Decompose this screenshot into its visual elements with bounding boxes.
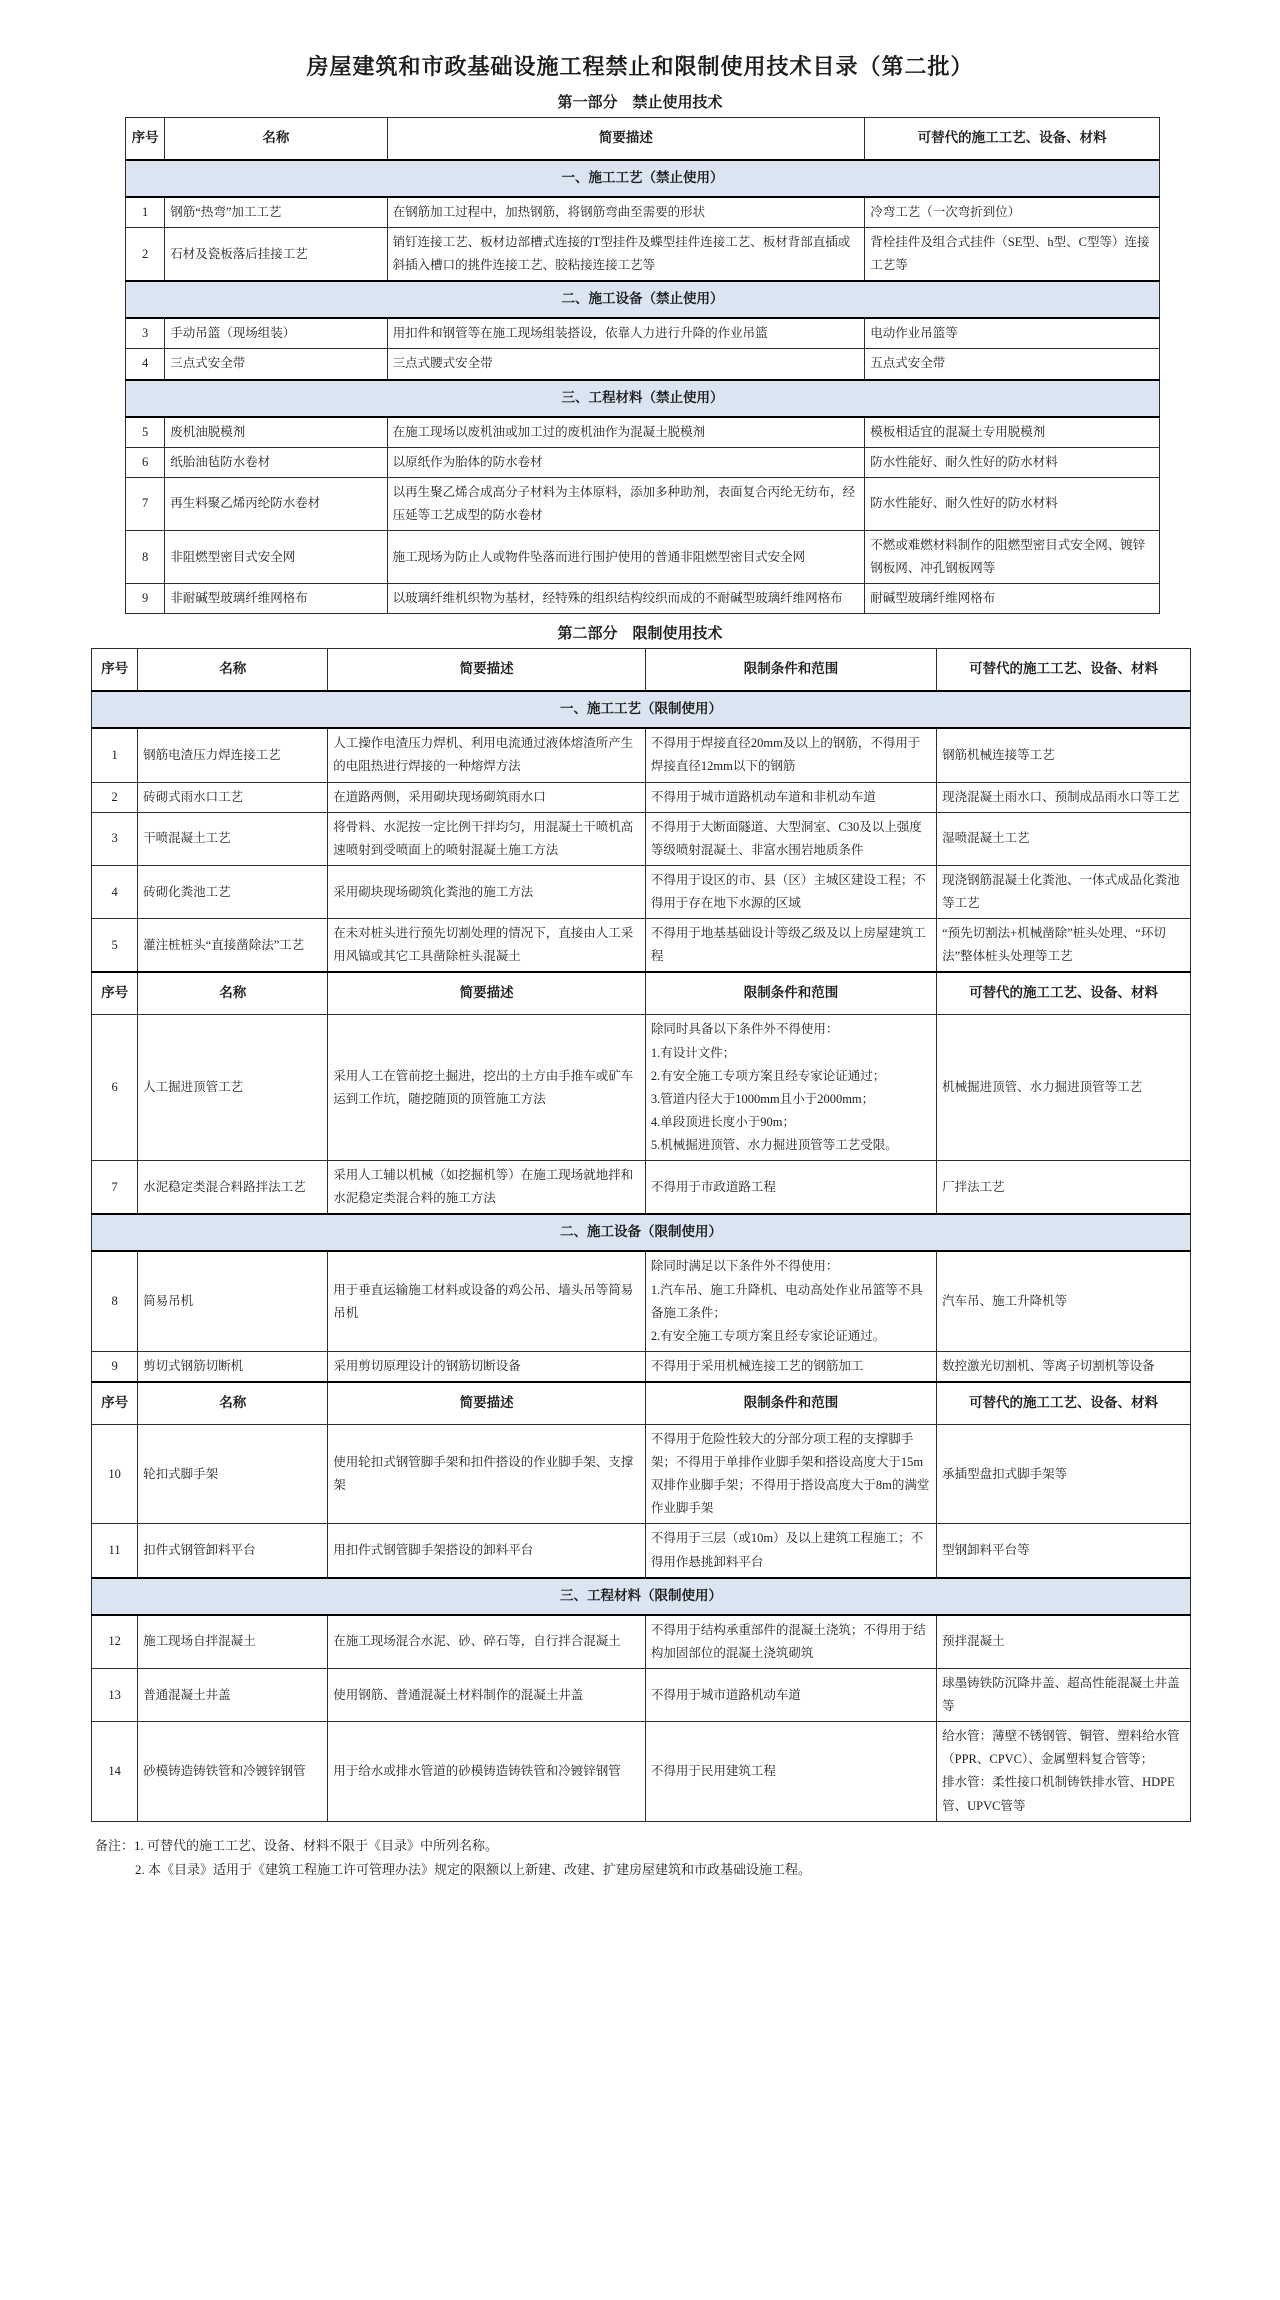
- header-row: 序号名称简要描述可替代的施工工艺、设备、材料: [126, 118, 1160, 160]
- header-cell-no: 序号: [92, 972, 138, 1014]
- section-label: 二、施工设备（限制使用）: [92, 1214, 1191, 1251]
- cell-no: 3: [92, 812, 138, 865]
- header-cell-limit: 限制条件和范围: [645, 649, 936, 691]
- document-page: { "title": "房屋建筑和市政基础设施工程禁止和限制使用技术目录（第二批…: [0, 0, 1280, 2300]
- header-cell-alt: 可替代的施工工艺、设备、材料: [937, 649, 1191, 691]
- cell-no: 5: [92, 919, 138, 973]
- cell-desc: 使用钢筋、普通混凝土材料制作的混凝土井盖: [328, 1668, 646, 1721]
- table-row: 7水泥稳定类混合料路拌法工艺采用人工辅以机械（如挖掘机等）在施工现场就地拌和水泥…: [92, 1161, 1191, 1215]
- header-row: 序号名称简要描述限制条件和范围可替代的施工工艺、设备、材料: [92, 1382, 1191, 1424]
- cell-name: 干喷混凝土工艺: [138, 812, 328, 865]
- table-row: 4砖砌化粪池工艺采用砌块现场砌筑化粪池的施工方法不得用于设区的市、县（区）主城区…: [92, 865, 1191, 918]
- cell-no: 11: [92, 1524, 138, 1578]
- prohibited-table: 序号名称简要描述可替代的施工工艺、设备、材料一、施工工艺（禁止使用）1钢筋“热弯…: [125, 117, 1160, 614]
- table-row: 1钢筋电渣压力焊连接工艺人工操作电渣压力焊机、利用电流通过液体熔渣所产生的电阻热…: [92, 728, 1191, 782]
- cell-desc: 将骨料、水泥按一定比例干拌均匀，用混凝土干喷机高速喷射到受喷面上的喷射混凝土施工…: [328, 812, 646, 865]
- cell-name: 普通混凝土井盖: [138, 1668, 328, 1721]
- cell-name: 剪切式钢筋切断机: [138, 1351, 328, 1382]
- cell-no: 7: [92, 1161, 138, 1215]
- cell-desc: 在道路两侧，采用砌块现场砌筑雨水口: [328, 782, 646, 812]
- cell-desc: 用扣件和钢管等在施工现场组装搭设，依靠人力进行升降的作业吊篮: [387, 318, 865, 349]
- cell-desc: 用于垂直运输施工材料或设备的鸡公吊、墙头吊等简易吊机: [328, 1251, 646, 1351]
- cell-alt: 防水性能好、耐久性好的防水材料: [865, 447, 1160, 477]
- table-row: 6人工掘进顶管工艺采用人工在管前挖土掘进，挖出的土方由手推车或矿车运到工作坑，随…: [92, 1015, 1191, 1161]
- cell-no: 14: [92, 1722, 138, 1822]
- cell-desc: 用于给水或排水管道的砂模铸造铸铁管和冷镀锌钢管: [328, 1722, 646, 1822]
- table-row: 14砂模铸造铸铁管和冷镀锌钢管用于给水或排水管道的砂模铸造铸铁管和冷镀锌钢管不得…: [92, 1722, 1191, 1822]
- cell-no: 8: [126, 531, 165, 584]
- part1-heading: 第一部分 禁止使用技术: [0, 91, 1280, 112]
- cell-alt: 防水性能好、耐久性好的防水材料: [865, 477, 1160, 530]
- cell-name: 非耐碱型玻璃纤维网格布: [165, 584, 387, 614]
- section-label: 一、施工工艺（限制使用）: [92, 691, 1191, 728]
- header-cell-name: 名称: [165, 118, 387, 160]
- cell-limit: 除同时具备以下条件外不得使用： 1.有设计文件； 2.有安全施工专项方案且经专家…: [645, 1015, 936, 1161]
- cell-limit: 不得用于结构承重部件的混凝土浇筑；不得用于结构加固部位的混凝土浇筑砌筑: [645, 1615, 936, 1669]
- table-row: 2石材及瓷板落后挂接工艺销钉连接工艺、板材边部槽式连接的T型挂件及蝶型挂件连接工…: [126, 228, 1160, 282]
- cell-desc: 采用砌块现场砌筑化粪池的施工方法: [328, 865, 646, 918]
- cell-no: 2: [126, 228, 165, 282]
- section-row: 一、施工工艺（禁止使用）: [126, 160, 1160, 197]
- cell-no: 5: [126, 417, 165, 448]
- cell-no: 10: [92, 1424, 138, 1524]
- section-row: 二、施工设备（禁止使用）: [126, 281, 1160, 318]
- cell-no: 6: [126, 447, 165, 477]
- table-row: 9剪切式钢筋切断机采用剪切原理设计的钢筋切断设备不得用于采用机械连接工艺的钢筋加…: [92, 1351, 1191, 1382]
- cell-alt: 厂拌法工艺: [937, 1161, 1191, 1215]
- cell-no: 7: [126, 477, 165, 530]
- cell-name: 轮扣式脚手架: [138, 1424, 328, 1524]
- cell-alt: 耐碱型玻璃纤维网格布: [865, 584, 1160, 614]
- cell-no: 2: [92, 782, 138, 812]
- part2-heading: 第二部分 限制使用技术: [0, 622, 1280, 643]
- cell-alt: 现浇混凝土雨水口、预制成品雨水口等工艺: [937, 782, 1191, 812]
- table-row: 8简易吊机用于垂直运输施工材料或设备的鸡公吊、墙头吊等简易吊机除同时满足以下条件…: [92, 1251, 1191, 1351]
- cell-desc: 销钉连接工艺、板材边部槽式连接的T型挂件及蝶型挂件连接工艺、板材背部直插或斜插入…: [387, 228, 865, 282]
- cell-alt: 现浇钢筋混凝土化粪池、一体式成品化粪池等工艺: [937, 865, 1191, 918]
- cell-limit: 除同时满足以下条件外不得使用： 1.汽车吊、施工升降机、电动高处作业吊篮等不具备…: [645, 1251, 936, 1351]
- table-row: 6纸胎油毡防水卷材以原纸作为胎体的防水卷材防水性能好、耐久性好的防水材料: [126, 447, 1160, 477]
- cell-desc: 以原纸作为胎体的防水卷材: [387, 447, 865, 477]
- section-row: 三、工程材料（限制使用）: [92, 1578, 1191, 1615]
- cell-alt: 型钢卸料平台等: [937, 1524, 1191, 1578]
- header-row: 序号名称简要描述限制条件和范围可替代的施工工艺、设备、材料: [92, 649, 1191, 691]
- cell-name: 钢筋电渣压力焊连接工艺: [138, 728, 328, 782]
- cell-alt: “预先切割法+机械凿除”桩头处理、“环切法”整体桩头处理等工艺: [937, 919, 1191, 973]
- cell-name: 纸胎油毡防水卷材: [165, 447, 387, 477]
- cell-desc: 以玻璃纤维机织物为基材，经特殊的组织结构绞织而成的不耐碱型玻璃纤维网格布: [387, 584, 865, 614]
- cell-alt: 湿喷混凝土工艺: [937, 812, 1191, 865]
- cell-no: 1: [92, 728, 138, 782]
- page-title: 房屋建筑和市政基础设施工程禁止和限制使用技术目录（第二批）: [0, 50, 1280, 81]
- footnote-2: 2. 本《目录》适用于《建筑工程施工许可管理办法》规定的限额以上新建、改建、扩建…: [95, 1858, 1280, 1883]
- header-cell-name: 名称: [138, 649, 328, 691]
- header-cell-no: 序号: [92, 1382, 138, 1424]
- table-row: 9非耐碱型玻璃纤维网格布以玻璃纤维机织物为基材，经特殊的组织结构绞织而成的不耐碱…: [126, 584, 1160, 614]
- cell-name: 水泥稳定类混合料路拌法工艺: [138, 1161, 328, 1215]
- cell-no: 12: [92, 1615, 138, 1669]
- cell-name: 再生料聚乙烯丙纶防水卷材: [165, 477, 387, 530]
- cell-no: 8: [92, 1251, 138, 1351]
- cell-name: 石材及瓷板落后挂接工艺: [165, 228, 387, 282]
- section-row: 三、工程材料（禁止使用）: [126, 380, 1160, 417]
- header-cell-desc: 简要描述: [328, 1382, 646, 1424]
- cell-limit: 不得用于城市道路机动车道和非机动车道: [645, 782, 936, 812]
- cell-desc: 采用人工在管前挖土掘进，挖出的土方由手推车或矿车运到工作坑，随挖随顶的顶管施工方…: [328, 1015, 646, 1161]
- cell-limit: 不得用于焊接直径20mm及以上的钢筋，不得用于焊接直径12mm以下的钢筋: [645, 728, 936, 782]
- cell-alt: 球墨铸铁防沉降井盖、超高性能混凝土井盖等: [937, 1668, 1191, 1721]
- cell-alt: 数控激光切割机、等离子切割机等设备: [937, 1351, 1191, 1382]
- cell-desc: 以再生聚乙烯合成高分子材料为主体原料，添加多种助剂，表面复合丙纶无纺布，经压延等…: [387, 477, 865, 530]
- section-label: 二、施工设备（禁止使用）: [126, 281, 1160, 318]
- table-row: 3干喷混凝土工艺将骨料、水泥按一定比例干拌均匀，用混凝土干喷机高速喷射到受喷面上…: [92, 812, 1191, 865]
- cell-no: 3: [126, 318, 165, 349]
- prohibited-table-body: 序号名称简要描述可替代的施工工艺、设备、材料一、施工工艺（禁止使用）1钢筋“热弯…: [126, 118, 1160, 614]
- cell-alt: 承插型盘扣式脚手架等: [937, 1424, 1191, 1524]
- cell-name: 非阻燃型密目式安全网: [165, 531, 387, 584]
- cell-no: 9: [126, 584, 165, 614]
- cell-name: 钢筋“热弯”加工工艺: [165, 197, 387, 228]
- cell-name: 灌注桩桩头“直接凿除法”工艺: [138, 919, 328, 973]
- header-cell-no: 序号: [126, 118, 165, 160]
- header-cell-name: 名称: [138, 1382, 328, 1424]
- table-row: 5灌注桩桩头“直接凿除法”工艺在未对桩头进行预先切割处理的情况下，直接由人工采用…: [92, 919, 1191, 973]
- cell-limit: 不得用于城市道路机动车道: [645, 1668, 936, 1721]
- cell-alt: 电动作业吊篮等: [865, 318, 1160, 349]
- header-cell-alt: 可替代的施工工艺、设备、材料: [865, 118, 1160, 160]
- cell-no: 4: [92, 865, 138, 918]
- header-cell-alt: 可替代的施工工艺、设备、材料: [937, 972, 1191, 1014]
- header-cell-desc: 简要描述: [387, 118, 865, 160]
- cell-no: 1: [126, 197, 165, 228]
- cell-alt: 钢筋机械连接等工艺: [937, 728, 1191, 782]
- cell-name: 废机油脱模剂: [165, 417, 387, 448]
- cell-alt: 预拌混凝土: [937, 1615, 1191, 1669]
- table-row: 11扣件式钢管卸料平台用扣件式钢管脚手架搭设的卸料平台不得用于三层（或10m）及…: [92, 1524, 1191, 1578]
- cell-alt: 五点式安全带: [865, 349, 1160, 380]
- cell-desc: 使用轮扣式钢管脚手架和扣件搭设的作业脚手架、支撑架: [328, 1424, 646, 1524]
- header-cell-limit: 限制条件和范围: [645, 1382, 936, 1424]
- header-cell-name: 名称: [138, 972, 328, 1014]
- section-label: 三、工程材料（禁止使用）: [126, 380, 1160, 417]
- header-cell-limit: 限制条件和范围: [645, 972, 936, 1014]
- footnote-1: 备注：1. 可替代的施工工艺、设备、材料不限于《目录》中所列名称。: [95, 1834, 1280, 1859]
- table-row: 1钢筋“热弯”加工工艺在钢筋加工过程中，加热钢筋，将钢筋弯曲至需要的形状冷弯工艺…: [126, 197, 1160, 228]
- header-row: 序号名称简要描述限制条件和范围可替代的施工工艺、设备、材料: [92, 972, 1191, 1014]
- header-cell-desc: 简要描述: [328, 649, 646, 691]
- header-cell-alt: 可替代的施工工艺、设备、材料: [937, 1382, 1191, 1424]
- table-row: 7再生料聚乙烯丙纶防水卷材以再生聚乙烯合成高分子材料为主体原料，添加多种助剂，表…: [126, 477, 1160, 530]
- cell-limit: 不得用于三层（或10m）及以上建筑工程施工；不得用作悬挑卸料平台: [645, 1524, 936, 1578]
- cell-desc: 在钢筋加工过程中，加热钢筋，将钢筋弯曲至需要的形状: [387, 197, 865, 228]
- cell-name: 砖砌化粪池工艺: [138, 865, 328, 918]
- cell-limit: 不得用于民用建筑工程: [645, 1722, 936, 1822]
- cell-name: 砂模铸造铸铁管和冷镀锌钢管: [138, 1722, 328, 1822]
- table-row: 4三点式安全带三点式腰式安全带五点式安全带: [126, 349, 1160, 380]
- cell-alt: 模板相适宜的混凝土专用脱模剂: [865, 417, 1160, 448]
- cell-limit: 不得用于大断面隧道、大型洞室、C30及以上强度等级喷射混凝土、非富水围岩地质条件: [645, 812, 936, 865]
- cell-desc: 三点式腰式安全带: [387, 349, 865, 380]
- cell-desc: 人工操作电渣压力焊机、利用电流通过液体熔渣所产生的电阻热进行焊接的一种熔焊方法: [328, 728, 646, 782]
- cell-desc: 采用人工辅以机械（如挖掘机等）在施工现场就地拌和水泥稳定类混合料的施工方法: [328, 1161, 646, 1215]
- table-row: 13普通混凝土井盖使用钢筋、普通混凝土材料制作的混凝土井盖不得用于城市道路机动车…: [92, 1668, 1191, 1721]
- cell-alt: 给水管：薄壁不锈钢管、铜管、塑料给水管（PPR、CPVC）、金属塑料复合管等； …: [937, 1722, 1191, 1822]
- table-row: 2砖砌式雨水口工艺在道路两侧，采用砌块现场砌筑雨水口不得用于城市道路机动车道和非…: [92, 782, 1191, 812]
- table-row: 3手动吊篮（现场组装）用扣件和钢管等在施工现场组装搭设，依靠人力进行升降的作业吊…: [126, 318, 1160, 349]
- cell-no: 13: [92, 1668, 138, 1721]
- cell-no: 9: [92, 1351, 138, 1382]
- cell-desc: 在未对桩头进行预先切割处理的情况下，直接由人工采用风镐或其它工具凿除桩头混凝土: [328, 919, 646, 973]
- cell-no: 4: [126, 349, 165, 380]
- cell-alt: 机械掘进顶管、水力掘进顶管等工艺: [937, 1015, 1191, 1161]
- cell-limit: 不得用于采用机械连接工艺的钢筋加工: [645, 1351, 936, 1382]
- cell-name: 扣件式钢管卸料平台: [138, 1524, 328, 1578]
- header-cell-no: 序号: [92, 649, 138, 691]
- cell-no: 6: [92, 1015, 138, 1161]
- cell-alt: 不燃或难燃材料制作的阻燃型密目式安全网、镀锌钢板网、冲孔钢板网等: [865, 531, 1160, 584]
- cell-limit: 不得用于地基基础设计等级乙级及以上房屋建筑工程: [645, 919, 936, 973]
- cell-name: 砖砌式雨水口工艺: [138, 782, 328, 812]
- section-label: 一、施工工艺（禁止使用）: [126, 160, 1160, 197]
- footnotes: 备注：1. 可替代的施工工艺、设备、材料不限于《目录》中所列名称。 2. 本《目…: [95, 1834, 1280, 1883]
- cell-name: 简易吊机: [138, 1251, 328, 1351]
- section-row: 一、施工工艺（限制使用）: [92, 691, 1191, 728]
- table-row: 5废机油脱模剂在施工现场以废机油或加工过的废机油作为混凝土脱模剂模板相适宜的混凝…: [126, 417, 1160, 448]
- cell-desc: 在施工现场混合水泥、砂、碎石等，自行拌合混凝土: [328, 1615, 646, 1669]
- cell-alt: 冷弯工艺（一次弯折到位）: [865, 197, 1160, 228]
- cell-alt: 背栓挂件及组合式挂件（SE型、h型、C型等）连接工艺等: [865, 228, 1160, 282]
- cell-name: 手动吊篮（现场组装）: [165, 318, 387, 349]
- cell-desc: 在施工现场以废机油或加工过的废机油作为混凝土脱模剂: [387, 417, 865, 448]
- cell-desc: 用扣件式钢管脚手架搭设的卸料平台: [328, 1524, 646, 1578]
- cell-name: 三点式安全带: [165, 349, 387, 380]
- cell-desc: 采用剪切原理设计的钢筋切断设备: [328, 1351, 646, 1382]
- cell-limit: 不得用于设区的市、县（区）主城区建设工程；不得用于存在地下水源的区域: [645, 865, 936, 918]
- cell-desc: 施工现场为防止人或物件坠落而进行围护使用的普通非阻燃型密目式安全网: [387, 531, 865, 584]
- table-row: 10轮扣式脚手架使用轮扣式钢管脚手架和扣件搭设的作业脚手架、支撑架不得用于危险性…: [92, 1424, 1191, 1524]
- header-cell-desc: 简要描述: [328, 972, 646, 1014]
- cell-limit: 不得用于市政道路工程: [645, 1161, 936, 1215]
- cell-limit: 不得用于危险性较大的分部分项工程的支撑脚手架；不得用于单排作业脚手架和搭设高度大…: [645, 1424, 936, 1524]
- restricted-table: 序号名称简要描述限制条件和范围可替代的施工工艺、设备、材料一、施工工艺（限制使用…: [91, 648, 1191, 1821]
- table-row: 8非阻燃型密目式安全网施工现场为防止人或物件坠落而进行围护使用的普通非阻燃型密目…: [126, 531, 1160, 584]
- section-row: 二、施工设备（限制使用）: [92, 1214, 1191, 1251]
- cell-name: 人工掘进顶管工艺: [138, 1015, 328, 1161]
- restricted-table-body: 序号名称简要描述限制条件和范围可替代的施工工艺、设备、材料一、施工工艺（限制使用…: [92, 649, 1191, 1821]
- table-row: 12施工现场自拌混凝土在施工现场混合水泥、砂、碎石等，自行拌合混凝土不得用于结构…: [92, 1615, 1191, 1669]
- section-label: 三、工程材料（限制使用）: [92, 1578, 1191, 1615]
- cell-alt: 汽车吊、施工升降机等: [937, 1251, 1191, 1351]
- cell-name: 施工现场自拌混凝土: [138, 1615, 328, 1669]
